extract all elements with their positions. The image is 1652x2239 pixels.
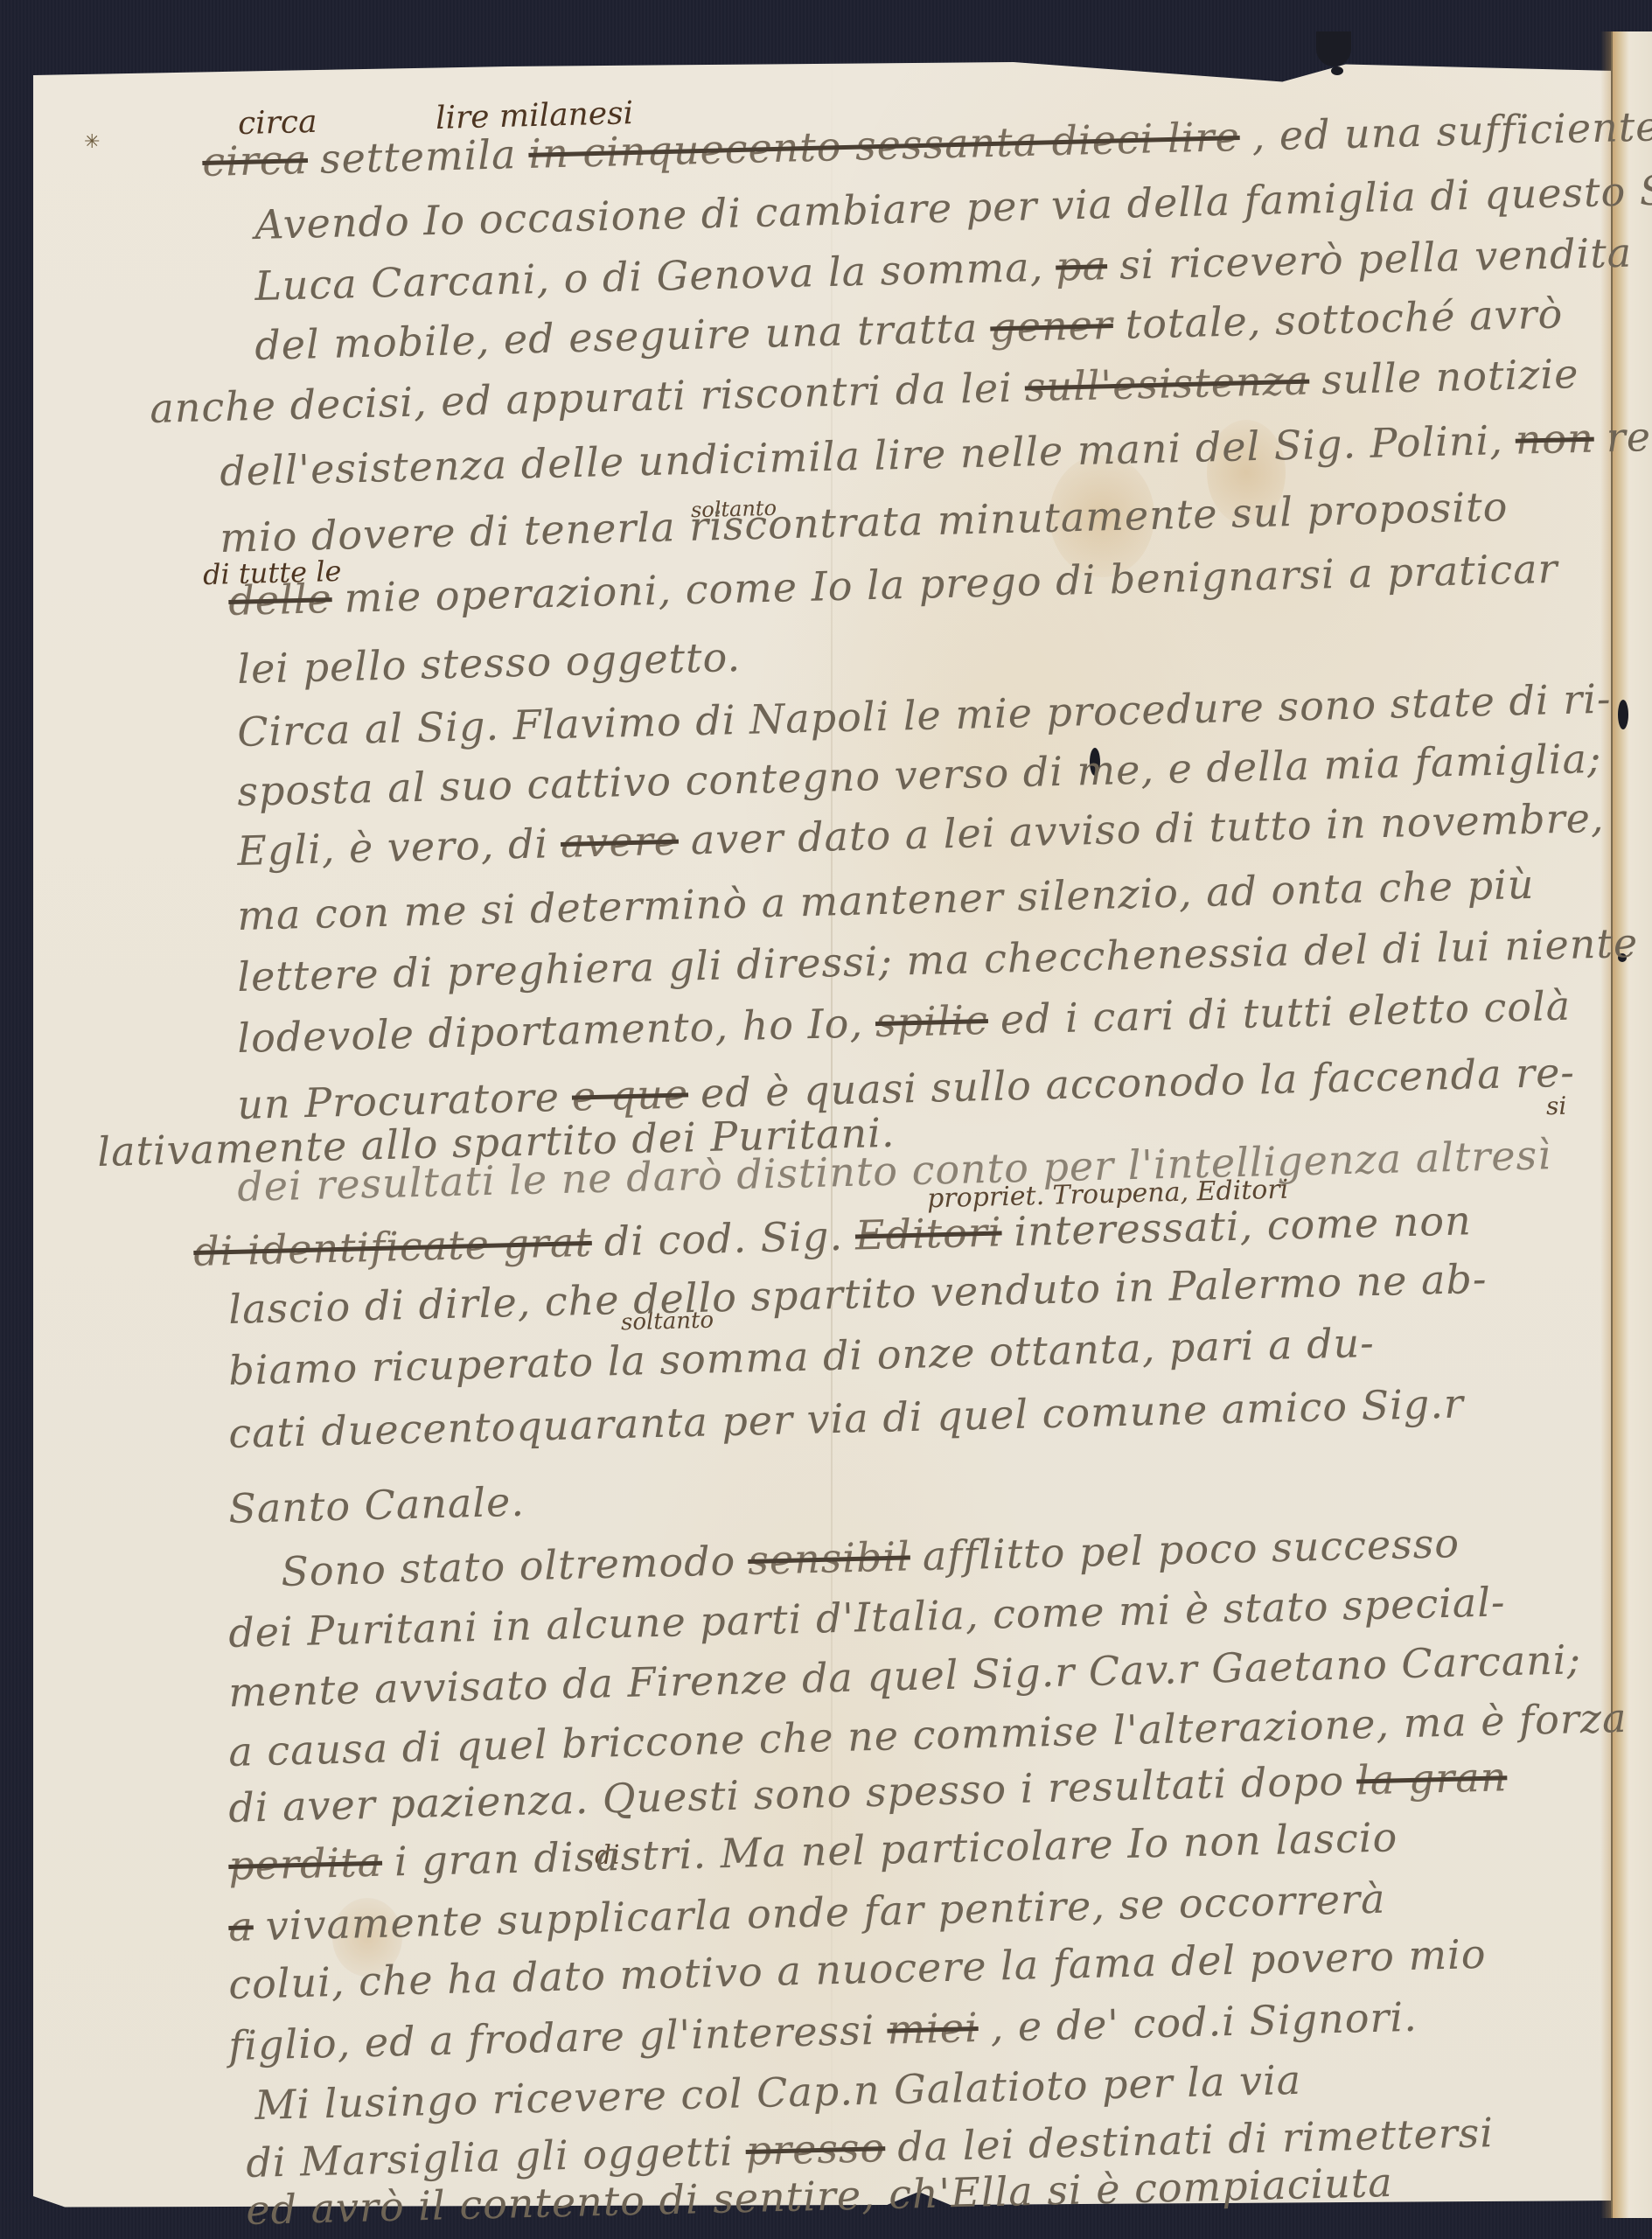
ink-blot (1316, 31, 1351, 66)
deleted-word: a (228, 1902, 254, 1950)
deleted-word: perdita (228, 1838, 383, 1889)
text-line: Santo Canale. (228, 1477, 538, 1532)
line-text: settemila (319, 130, 517, 182)
deleted-word: sensibil (748, 1532, 911, 1584)
deleted-word: la gran (1356, 1753, 1508, 1803)
deleted-word: avere (560, 817, 679, 867)
line-text: Santo Canale. (228, 1478, 526, 1532)
line-text: di cod. Sig. (603, 1212, 843, 1266)
margin-ink-mark: ✳ (84, 131, 100, 153)
deleted-word: circa (202, 136, 309, 185)
deleted-word: non (1515, 415, 1594, 464)
deleted-word: delle (228, 575, 333, 624)
deleted-word: pa (1056, 241, 1108, 289)
deleted-word: miei (887, 2004, 979, 2054)
line-text: sulle notizie (1321, 350, 1579, 403)
deleted-word: sull'esistenza (1024, 357, 1310, 411)
next-page-edge (1611, 31, 1652, 2218)
deleted-word: gener (990, 301, 1114, 351)
deleted-word: Editori (854, 1208, 1002, 1259)
deleted-word: e que (571, 1070, 688, 1119)
line-text: reputando (1606, 408, 1652, 461)
ink-blot (1331, 66, 1343, 75)
line-text: Egli, è vero, di (237, 820, 549, 875)
deleted-word: spilic (875, 996, 988, 1046)
deleted-word: di identificate grat (193, 1218, 593, 1275)
deleted-word: presso (745, 2124, 886, 2174)
